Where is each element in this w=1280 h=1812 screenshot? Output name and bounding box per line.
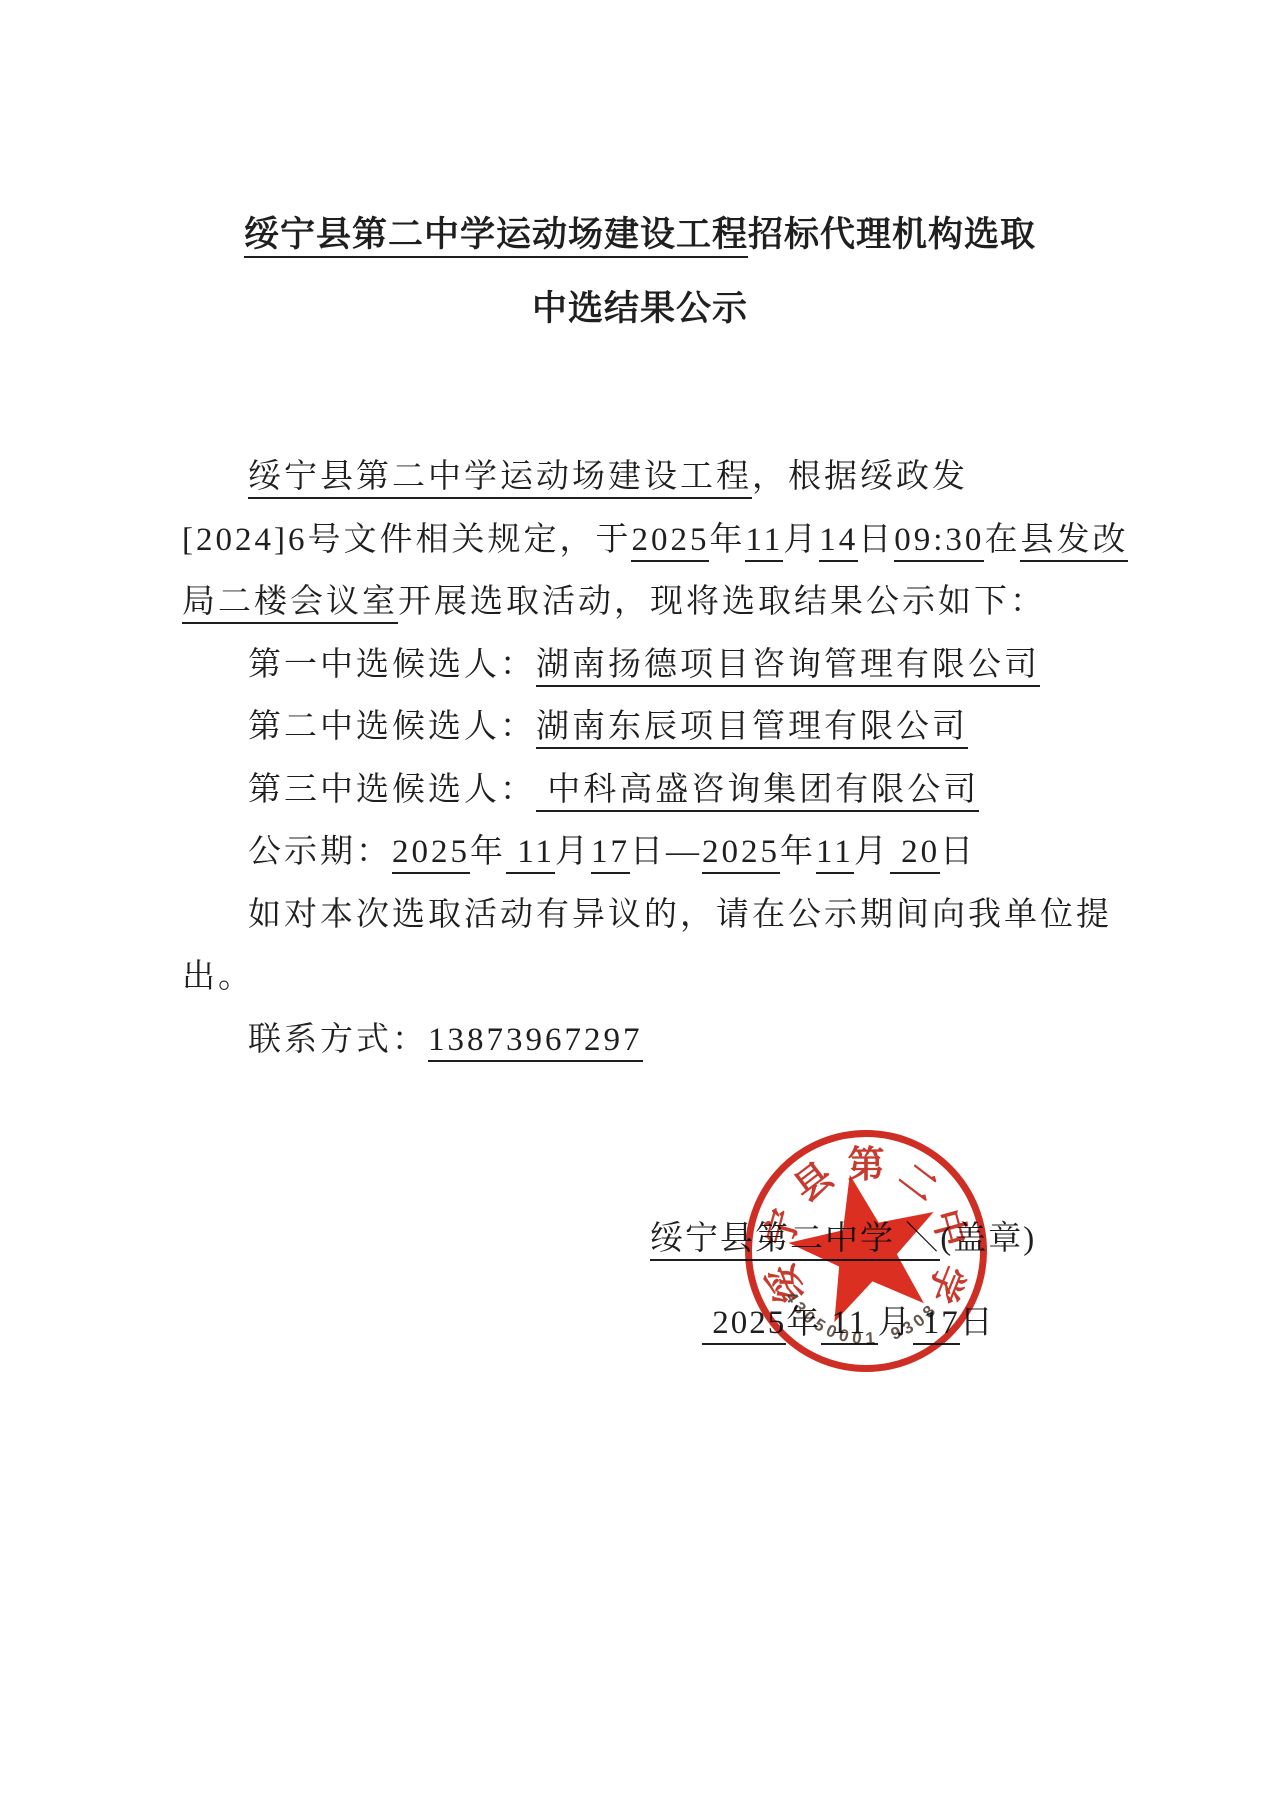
text-run: 第三中选候选人： bbox=[248, 772, 536, 808]
text-run: 日 bbox=[940, 834, 976, 870]
seal-text-char: 县 bbox=[783, 1152, 845, 1214]
body-line: 第一中选候选人：湖南扬德项目咨询管理有限公司 bbox=[182, 634, 1122, 697]
seal-text-char: 二 bbox=[887, 1152, 949, 1214]
underlined-text: 局二楼会议室 bbox=[182, 584, 398, 624]
underlined-text: 11 bbox=[816, 834, 854, 874]
text-run: 在 bbox=[984, 522, 1020, 558]
text-run: 第二中选候选人： bbox=[248, 709, 536, 745]
text-run: 年 bbox=[786, 1305, 821, 1341]
underlined-text: 11 bbox=[821, 1305, 877, 1345]
text-run: 第一中选候选人： bbox=[248, 647, 536, 683]
underlined-text: 湖南东辰项目管理有限公司 bbox=[536, 709, 968, 749]
underlined-text: 绥宁县第二中学 ＼ bbox=[650, 1221, 940, 1261]
text-run: 公示期： bbox=[248, 834, 392, 870]
underlined-text: 17 bbox=[591, 834, 630, 874]
text-run: 如对本次选取活动有异议的，请在公示期间向我单位提 bbox=[248, 897, 1112, 933]
body-line: 局二楼会议室开展选取活动，现将选取结果公示如下： bbox=[182, 571, 1122, 634]
text-run: 出。 bbox=[182, 959, 254, 995]
title-line-1: 绥宁县第二中学运动场建设工程招标代理机构选取 bbox=[0, 198, 1280, 272]
underlined-text: 2025 bbox=[702, 1305, 786, 1345]
text-run: 年 bbox=[709, 522, 745, 558]
text-run: [2024]6号文件相关规定，于 bbox=[182, 522, 631, 558]
text-run: 月 bbox=[878, 1305, 913, 1341]
text-run: 日 bbox=[858, 522, 894, 558]
body-line: 绥宁县第二中学运动场建设工程，根据绥政发 bbox=[182, 446, 1122, 509]
underlined-text: 14 bbox=[819, 522, 858, 562]
text-run: 联系方式： bbox=[248, 1022, 428, 1058]
text-run: 月 bbox=[783, 522, 819, 558]
underlined-text: 13873967297 bbox=[428, 1022, 643, 1062]
text-run: (盖章) bbox=[940, 1221, 1036, 1257]
title-rest-part: 招标代理机构选取 bbox=[748, 215, 1036, 254]
body-line: 如对本次选取活动有异议的，请在公示期间向我单位提 bbox=[182, 884, 1122, 947]
text-run: ，根据绥政发 bbox=[752, 459, 968, 495]
underlined-text: 湖南扬德项目咨询管理有限公司 bbox=[536, 647, 1040, 687]
document-body: 绥宁县第二中学运动场建设工程，根据绥政发[2024]6号文件相关规定，于2025… bbox=[182, 446, 1122, 1071]
underlined-text: 11 bbox=[506, 834, 555, 874]
underlined-text: 20 bbox=[890, 834, 940, 874]
text-run: 日— bbox=[630, 834, 702, 870]
seal-text-char: 第 bbox=[844, 1143, 888, 1187]
underlined-text: 17 bbox=[913, 1305, 960, 1345]
underlined-text: 中科高盛咨询集团有限公司 bbox=[536, 772, 979, 812]
text-run: 月 bbox=[555, 834, 591, 870]
body-line: 出。 bbox=[182, 946, 1122, 1009]
signature-date-line: 2025年 11 月 17日 bbox=[702, 1296, 995, 1343]
body-line: 公示期：2025年 11月17日—2025年11月 20日 bbox=[182, 821, 1122, 884]
document-title: 绥宁县第二中学运动场建设工程招标代理机构选取 中选结果公示 bbox=[0, 198, 1280, 346]
underlined-text: 2025 bbox=[631, 522, 709, 562]
body-line: 第三中选候选人： 中科高盛咨询集团有限公司 bbox=[182, 759, 1122, 822]
title-underlined-part: 绥宁县第二中学运动场建设工程 bbox=[244, 215, 748, 258]
underlined-text: 11 bbox=[745, 522, 783, 562]
body-line: 联系方式：13873967297 bbox=[182, 1009, 1122, 1072]
underlined-text: 绥宁县第二中学运动场建设工程 bbox=[248, 459, 752, 499]
underlined-text: 09:30 bbox=[894, 522, 984, 562]
text-run: 年 bbox=[470, 834, 506, 870]
underlined-text: 2025 bbox=[392, 834, 470, 874]
text-run: 年 bbox=[780, 834, 816, 870]
text-run: 月 bbox=[854, 834, 890, 870]
body-line: [2024]6号文件相关规定，于2025年11月14日09:30在县发改 bbox=[182, 509, 1122, 572]
body-line: 第二中选候选人：湖南东辰项目管理有限公司 bbox=[182, 696, 1122, 759]
text-run: 日 bbox=[960, 1305, 995, 1341]
signature-name-line: 绥宁县第二中学 ＼(盖章) bbox=[650, 1212, 1036, 1259]
underlined-text: 县发改 bbox=[1020, 522, 1128, 562]
text-run: 开展选取活动，现将选取结果公示如下： bbox=[398, 584, 1046, 620]
title-line-2: 中选结果公示 bbox=[0, 272, 1280, 346]
underlined-text: 2025 bbox=[702, 834, 780, 874]
